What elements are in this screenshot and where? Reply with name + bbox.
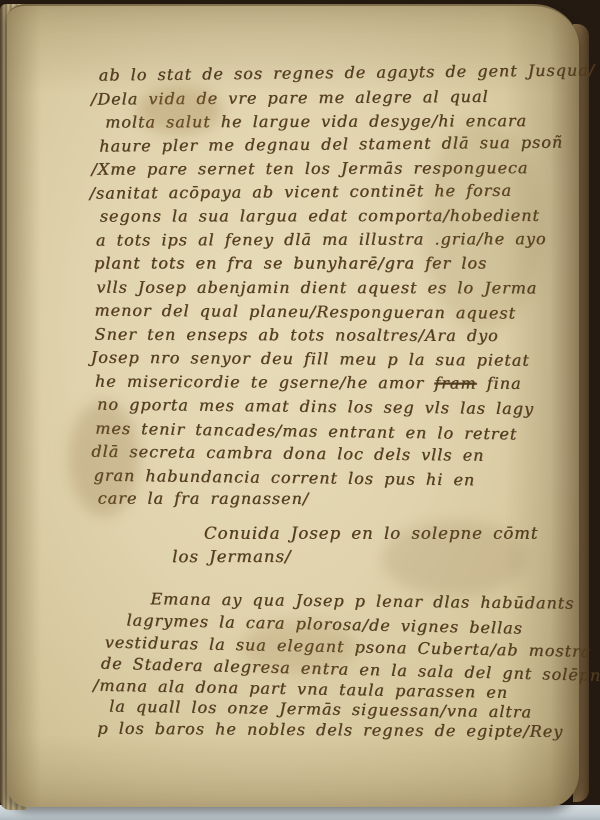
- text-after-strike: fina: [476, 373, 521, 392]
- struck-word: fram: [434, 373, 476, 392]
- manuscript-line: care la fra ragnassen/: [98, 487, 574, 511]
- manuscript-line: Josep nro senyor deu fill meu p la sua p…: [91, 346, 573, 373]
- table-surface: [0, 805, 600, 820]
- manuscript-page: ab lo stat de sos regnes de agayts de ge…: [7, 4, 579, 807]
- manuscript-line: /Dela vida de vre pare me alegre al qual: [91, 84, 571, 111]
- manuscript-line: haure pler me degnau del stament dlā sua…: [99, 130, 571, 158]
- manuscript-line: Emana ay qua Josep p lenar dlas habūdant…: [150, 588, 574, 614]
- manuscript-line: a tots ips al feney dlā ma illustra .gri…: [96, 226, 572, 251]
- manuscript-line: menor del qual planeu/Respongueran aques…: [94, 299, 572, 326]
- manuscript-line-strikethrough: he misericordie te gserne/he amor fram f…: [95, 369, 573, 395]
- rubric-line: los Jermans/: [172, 544, 574, 568]
- manuscript-line: ab lo stat de sos regnes de agayts de ge…: [99, 59, 571, 87]
- paragraph-2: Emana ay qua Josep p lenar dlas habūdant…: [94, 585, 575, 739]
- manuscript-line: segons la sua largua edat comporta/hobed…: [100, 204, 572, 228]
- manuscript-text-block: ab lo stat de sos regnes de agayts de ge…: [91, 60, 576, 738]
- manuscript-line: p los baros he nobles dels regnes de egi…: [97, 717, 575, 742]
- rubric-line: Conuida Josep en lo solepne cōmt: [204, 521, 574, 544]
- chapter-rubric: Conuida Josep en lo solepne cōmt los Jer…: [94, 519, 574, 568]
- manuscript-line: /sanitat acōpaya ab vicent continēt he f…: [89, 178, 571, 205]
- paragraph-1: ab lo stat de sos regnes de agayts de ge…: [91, 60, 574, 510]
- photographed-manuscript: ab lo stat de sos regnes de agayts de ge…: [0, 0, 600, 820]
- manuscript-line: plant tots en fra se bunyharē/gra fer lo…: [94, 252, 572, 276]
- text-before-strike: he misericordie te gserne/he amor: [95, 371, 435, 392]
- manuscript-line: vlls Josep abenjamin dient aquest es lo …: [96, 275, 572, 299]
- manuscript-line: Sner ten enseps ab tots nosaltres/Ara dy…: [94, 322, 572, 347]
